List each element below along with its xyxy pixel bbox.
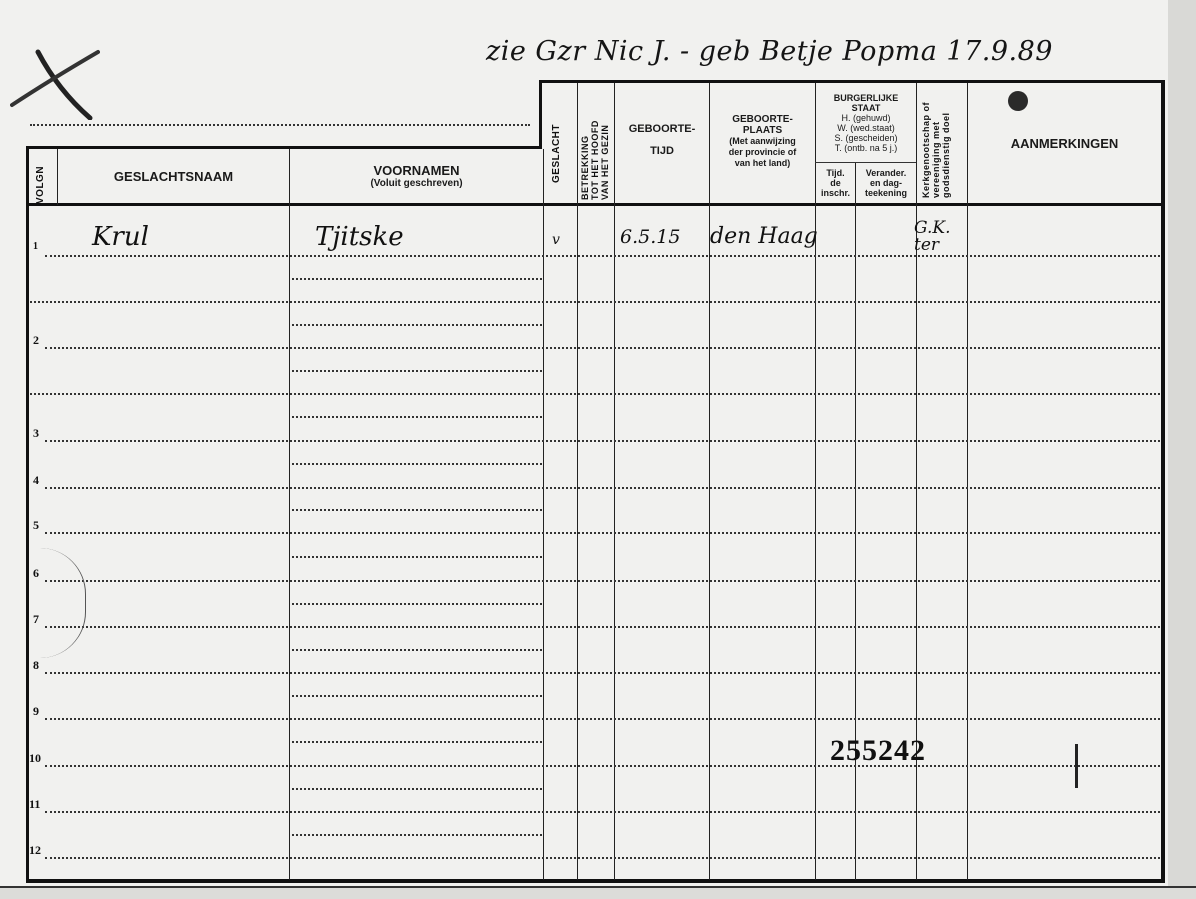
header-betrekking: BETREKKING TOT HET HOOFD VAN HET GEZIN [580,120,610,200]
row-number: 1 [33,241,38,252]
header-divider [26,203,1165,206]
border [26,879,1165,883]
header-geboortetijd: GEBOORTE- TIJD [615,110,709,170]
header-burgerlijke-line: S. (gescheiden) [834,133,897,143]
header-geboorteplaats-line: PLAATS [743,125,782,136]
header-aanmerkingen: AANMERKINGEN [968,83,1161,203]
punch-hole [1008,91,1028,111]
col-line [815,83,816,880]
col-line [614,83,615,880]
row-line [45,440,1160,442]
row-number: 5 [33,518,39,533]
header-burgerlijke-line: W. (wed.staat) [837,123,895,133]
paper-edge [1168,0,1196,899]
header-geboortetijd-line: GEBOORTE- [629,118,696,140]
header-voornamen: VOORNAMEN (Voluit geschreven) [290,149,543,203]
paper-edge [0,886,1196,899]
row-line [45,718,1160,720]
row-number: 9 [33,704,39,719]
row-line [45,255,1160,257]
x-mark-icon [10,40,100,120]
header-burgerlijke-staat: BURGERLIJKE STAAT H. (gehuwd) W. (wed.st… [816,85,916,161]
pencil-arc [40,548,86,658]
half-line [292,834,542,836]
header-subdivider [815,162,916,163]
row-line [45,811,1160,813]
half-line [292,416,542,418]
half-line [292,649,542,651]
header-betrekking-line: TOT HET HOOFD [590,120,600,200]
row-number: 4 [33,473,39,488]
header-volgn: VOLGN [36,166,46,204]
row-line [45,765,1160,767]
header-verander-line: Verander. [866,168,907,178]
border [539,82,542,149]
stamp-number: 255242 [830,734,926,768]
half-line [292,556,542,558]
row-line [45,672,1160,674]
cell-geboorteplaats: den Haag [710,224,818,249]
row-number: 2 [33,333,39,348]
row-number: 11 [29,797,40,812]
top-annotation: zie Gzr Nic J. - geb Betje Popma 17.9.89 [486,36,1053,67]
col-line [855,163,856,880]
header-voornamen-label: VOORNAMEN [374,163,460,178]
header-kerkgenootschap: Kerkgenootschap of vereeniging met godsd… [921,102,951,198]
header-geboorteplaats: GEBOORTE- PLAATS (Met aanwijzing der pro… [710,108,815,174]
header-geslachtsnaam-label: GESLACHTSNAAM [114,169,233,184]
row-line [45,532,1160,534]
half-line [292,278,542,280]
row-line [30,393,1160,395]
col-line [709,83,710,880]
half-line [292,603,542,605]
header-betrekking-line: BETREKKING [580,120,590,200]
half-line [292,741,542,743]
header-burgerlijke-line: H. (gehuwd) [841,113,890,123]
border [26,146,29,882]
header-betrekking-line: VAN HET GEZIN [600,120,610,200]
header-burgerlijke-line: BURGERLIJKE [834,93,899,103]
half-line [292,370,542,372]
header-burgerlijke-line: T. (ontb. na 5 j.) [835,143,898,153]
header-verander-line: en dag- [870,178,902,188]
row-line [45,347,1160,349]
row-line [45,580,1160,582]
row-number: 12 [29,843,41,858]
header-aanmerkingen-label: AANMERKINGEN [1011,136,1119,151]
half-line [292,695,542,697]
header-geboortetijd-line: TIJD [650,140,674,162]
col-line [289,149,290,880]
half-line [292,509,542,511]
row-number: 8 [33,658,39,673]
header-geboorteplaats-sub: der provincie of [729,147,797,158]
col-line [543,149,544,880]
row-line [45,857,1160,859]
header-kerk-line: vereeniging met [931,102,941,198]
border [1161,80,1165,882]
header-geboorteplaats-sub: van het land) [735,158,791,169]
top-dotted-line [30,124,530,126]
half-line [292,324,542,326]
cell-voornamen: Tjitske [315,222,404,252]
cell-geslacht: v [552,232,560,248]
header-tijd-inschr: Tijd. de inschr. [816,164,855,202]
cell-geboortetijd: 6.5.15 [620,226,680,248]
header-verander-line: teekening [865,188,907,198]
row-number: 10 [29,751,41,766]
pencil-mark [1075,744,1078,788]
row-line [30,301,1160,303]
row-number: 3 [33,426,39,441]
header-kerk-line: godsdienstig doel [941,102,951,198]
header-tijd-line: Tijd. [826,168,844,178]
cell-geslachtsnaam: Krul [92,222,149,252]
row-number: 6 [33,566,39,581]
header-kerk-line: Kerkgenootschap of [921,102,931,198]
header-burgerlijke-line: STAAT [852,103,881,113]
half-line [292,788,542,790]
header-tijd-line: inschr. [821,188,850,198]
header-geboorteplaats-line: GEBOORTE- [732,114,793,125]
col-line [577,83,578,880]
header-geslacht: GESLACHT [552,124,562,183]
header-voornamen-sub: (Voluit geschreven) [370,178,462,189]
row-line [45,626,1160,628]
cell-kerkgenootschap: G.K. ter [914,220,968,254]
header-geboorteplaats-sub: (Met aanwijzing [729,136,796,147]
half-line [292,463,542,465]
header-tijd-line: de [830,178,841,188]
row-line [45,487,1160,489]
header-geslachtsnaam: GESLACHTSNAAM [58,149,289,203]
header-verander: Verander. en dag- teekening [856,164,916,202]
row-number: 7 [33,612,39,627]
